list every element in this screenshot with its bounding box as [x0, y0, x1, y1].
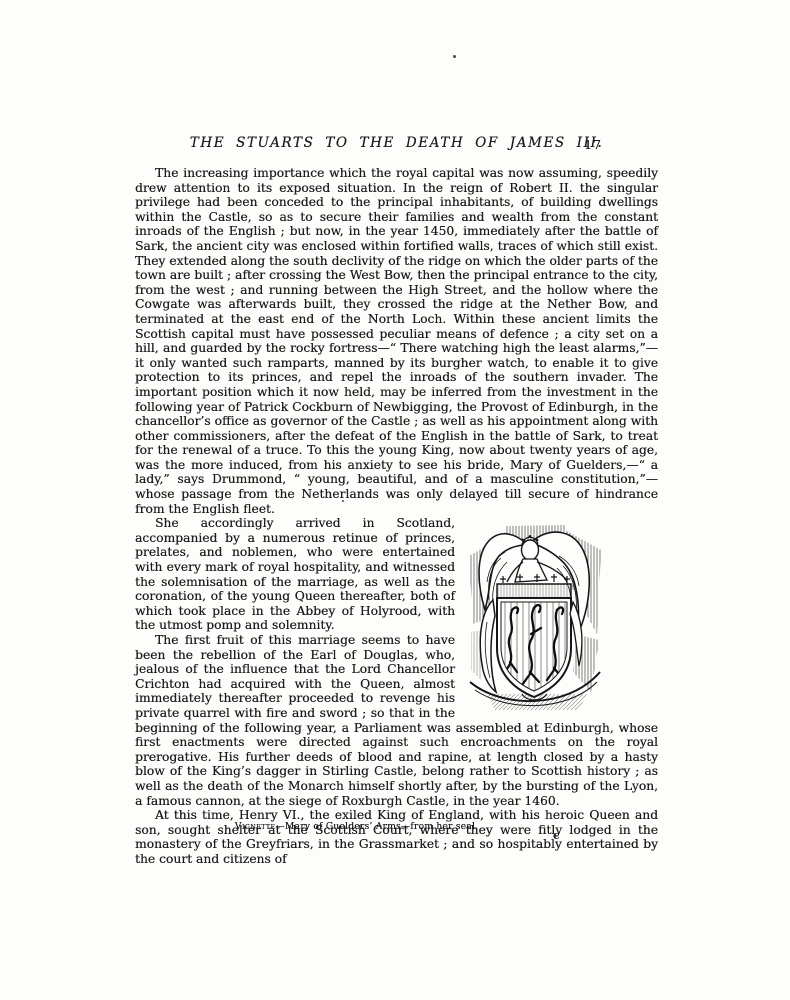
heraldic-shield — [497, 598, 571, 697]
crown — [497, 574, 571, 598]
angel-arms-illustration — [467, 522, 603, 714]
scan-speck — [453, 55, 456, 58]
running-head-title: THE STUARTS TO THE DEATH OF JAMES III. — [135, 135, 658, 151]
body-paragraph: At this time, Henry VI., the exiled King… — [135, 808, 658, 866]
vignette-caption-text: —Mary of Guelders’ Arms—from her seal. — [276, 821, 479, 832]
book-page: THE STUARTS TO THE DEATH OF JAMES III. 1… — [0, 0, 790, 1000]
page-number: 17 — [584, 137, 602, 152]
vignette-caption: Vignette—Mary of Guelders’ Arms—from her… — [95, 821, 618, 832]
vignette-engraving — [467, 522, 658, 714]
body-paragraph: The increasing importance which the roya… — [135, 166, 658, 516]
body-text: The increasing importance which the roya… — [135, 166, 658, 867]
printer-signature-mark: c — [553, 829, 560, 842]
vignette-caption-lead: Vignette — [235, 821, 276, 832]
